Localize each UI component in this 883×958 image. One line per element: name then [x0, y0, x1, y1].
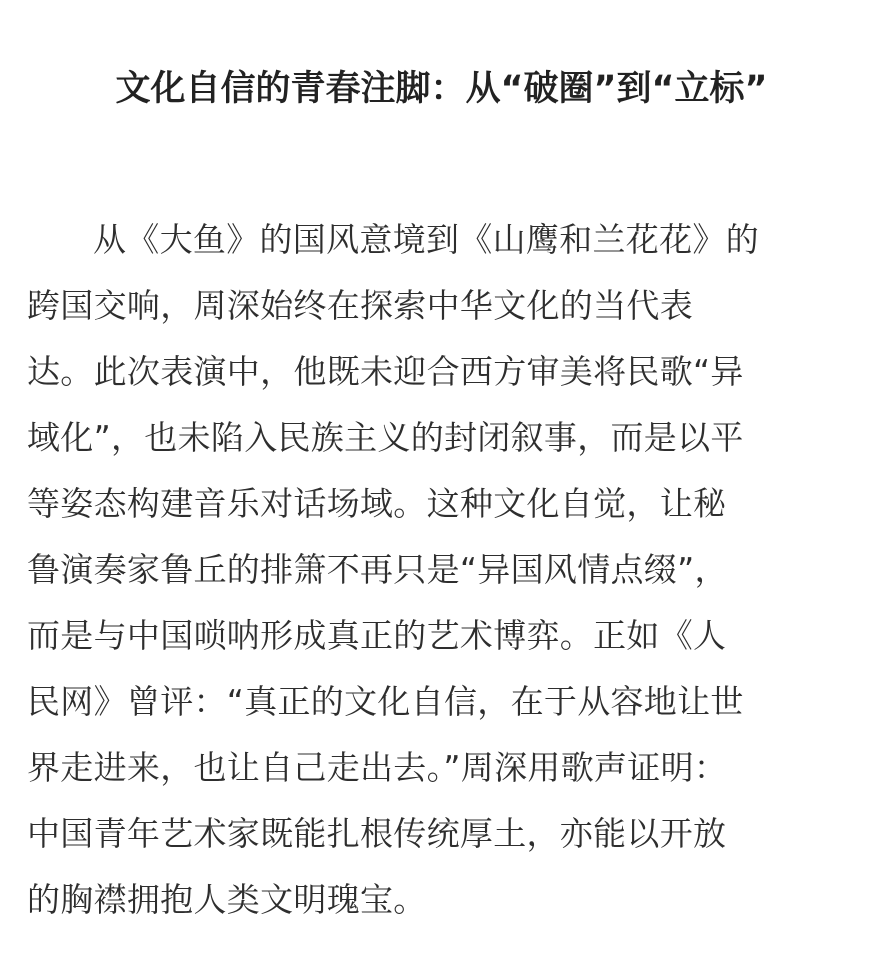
article: 文化自信的青春注脚：从“破圈”到“立标” 从《大鱼》的国风意境到《山鹰和兰花花》… — [0, 0, 883, 958]
paragraph-line: 鲁演奏家鲁丘的排箫不再只是“异国风情点缀”， — [27, 541, 857, 607]
paragraph-line: 而是与中国唢呐形成真正的艺术博弈。正如《人 — [27, 607, 857, 673]
paragraph-line: 民网》曾评：“真正的文化自信，在于从容地让世 — [27, 673, 857, 739]
paragraph-line: 中国青年艺术家既能扎根传统厚土，亦能以开放 — [27, 805, 857, 871]
paragraph-line: 从《大鱼》的国风意境到《山鹰和兰花花》的 — [27, 211, 857, 277]
paragraph-line: 的胸襟拥抱人类文明瑰宝。 — [27, 871, 857, 937]
paragraph-line: 达。此次表演中，他既未迎合西方审美将民歌“异 — [27, 343, 857, 409]
paragraph-line: 跨国交响，周深始终在探索中华文化的当代表 — [27, 277, 857, 343]
paragraph-line: 界走进来，也让自己走出去。”周深用歌声证明： — [27, 739, 857, 805]
paragraph-line: 等姿态构建音乐对话场域。这种文化自觉，让秘 — [27, 475, 857, 541]
paragraph-line: 域化”，也未陷入民族主义的封闭叙事，而是以平 — [27, 409, 857, 475]
article-title: 文化自信的青春注脚：从“破圈”到“立标” — [0, 64, 883, 114]
article-paragraph: 从《大鱼》的国风意境到《山鹰和兰花花》的 跨国交响，周深始终在探索中华文化的当代… — [27, 211, 857, 937]
